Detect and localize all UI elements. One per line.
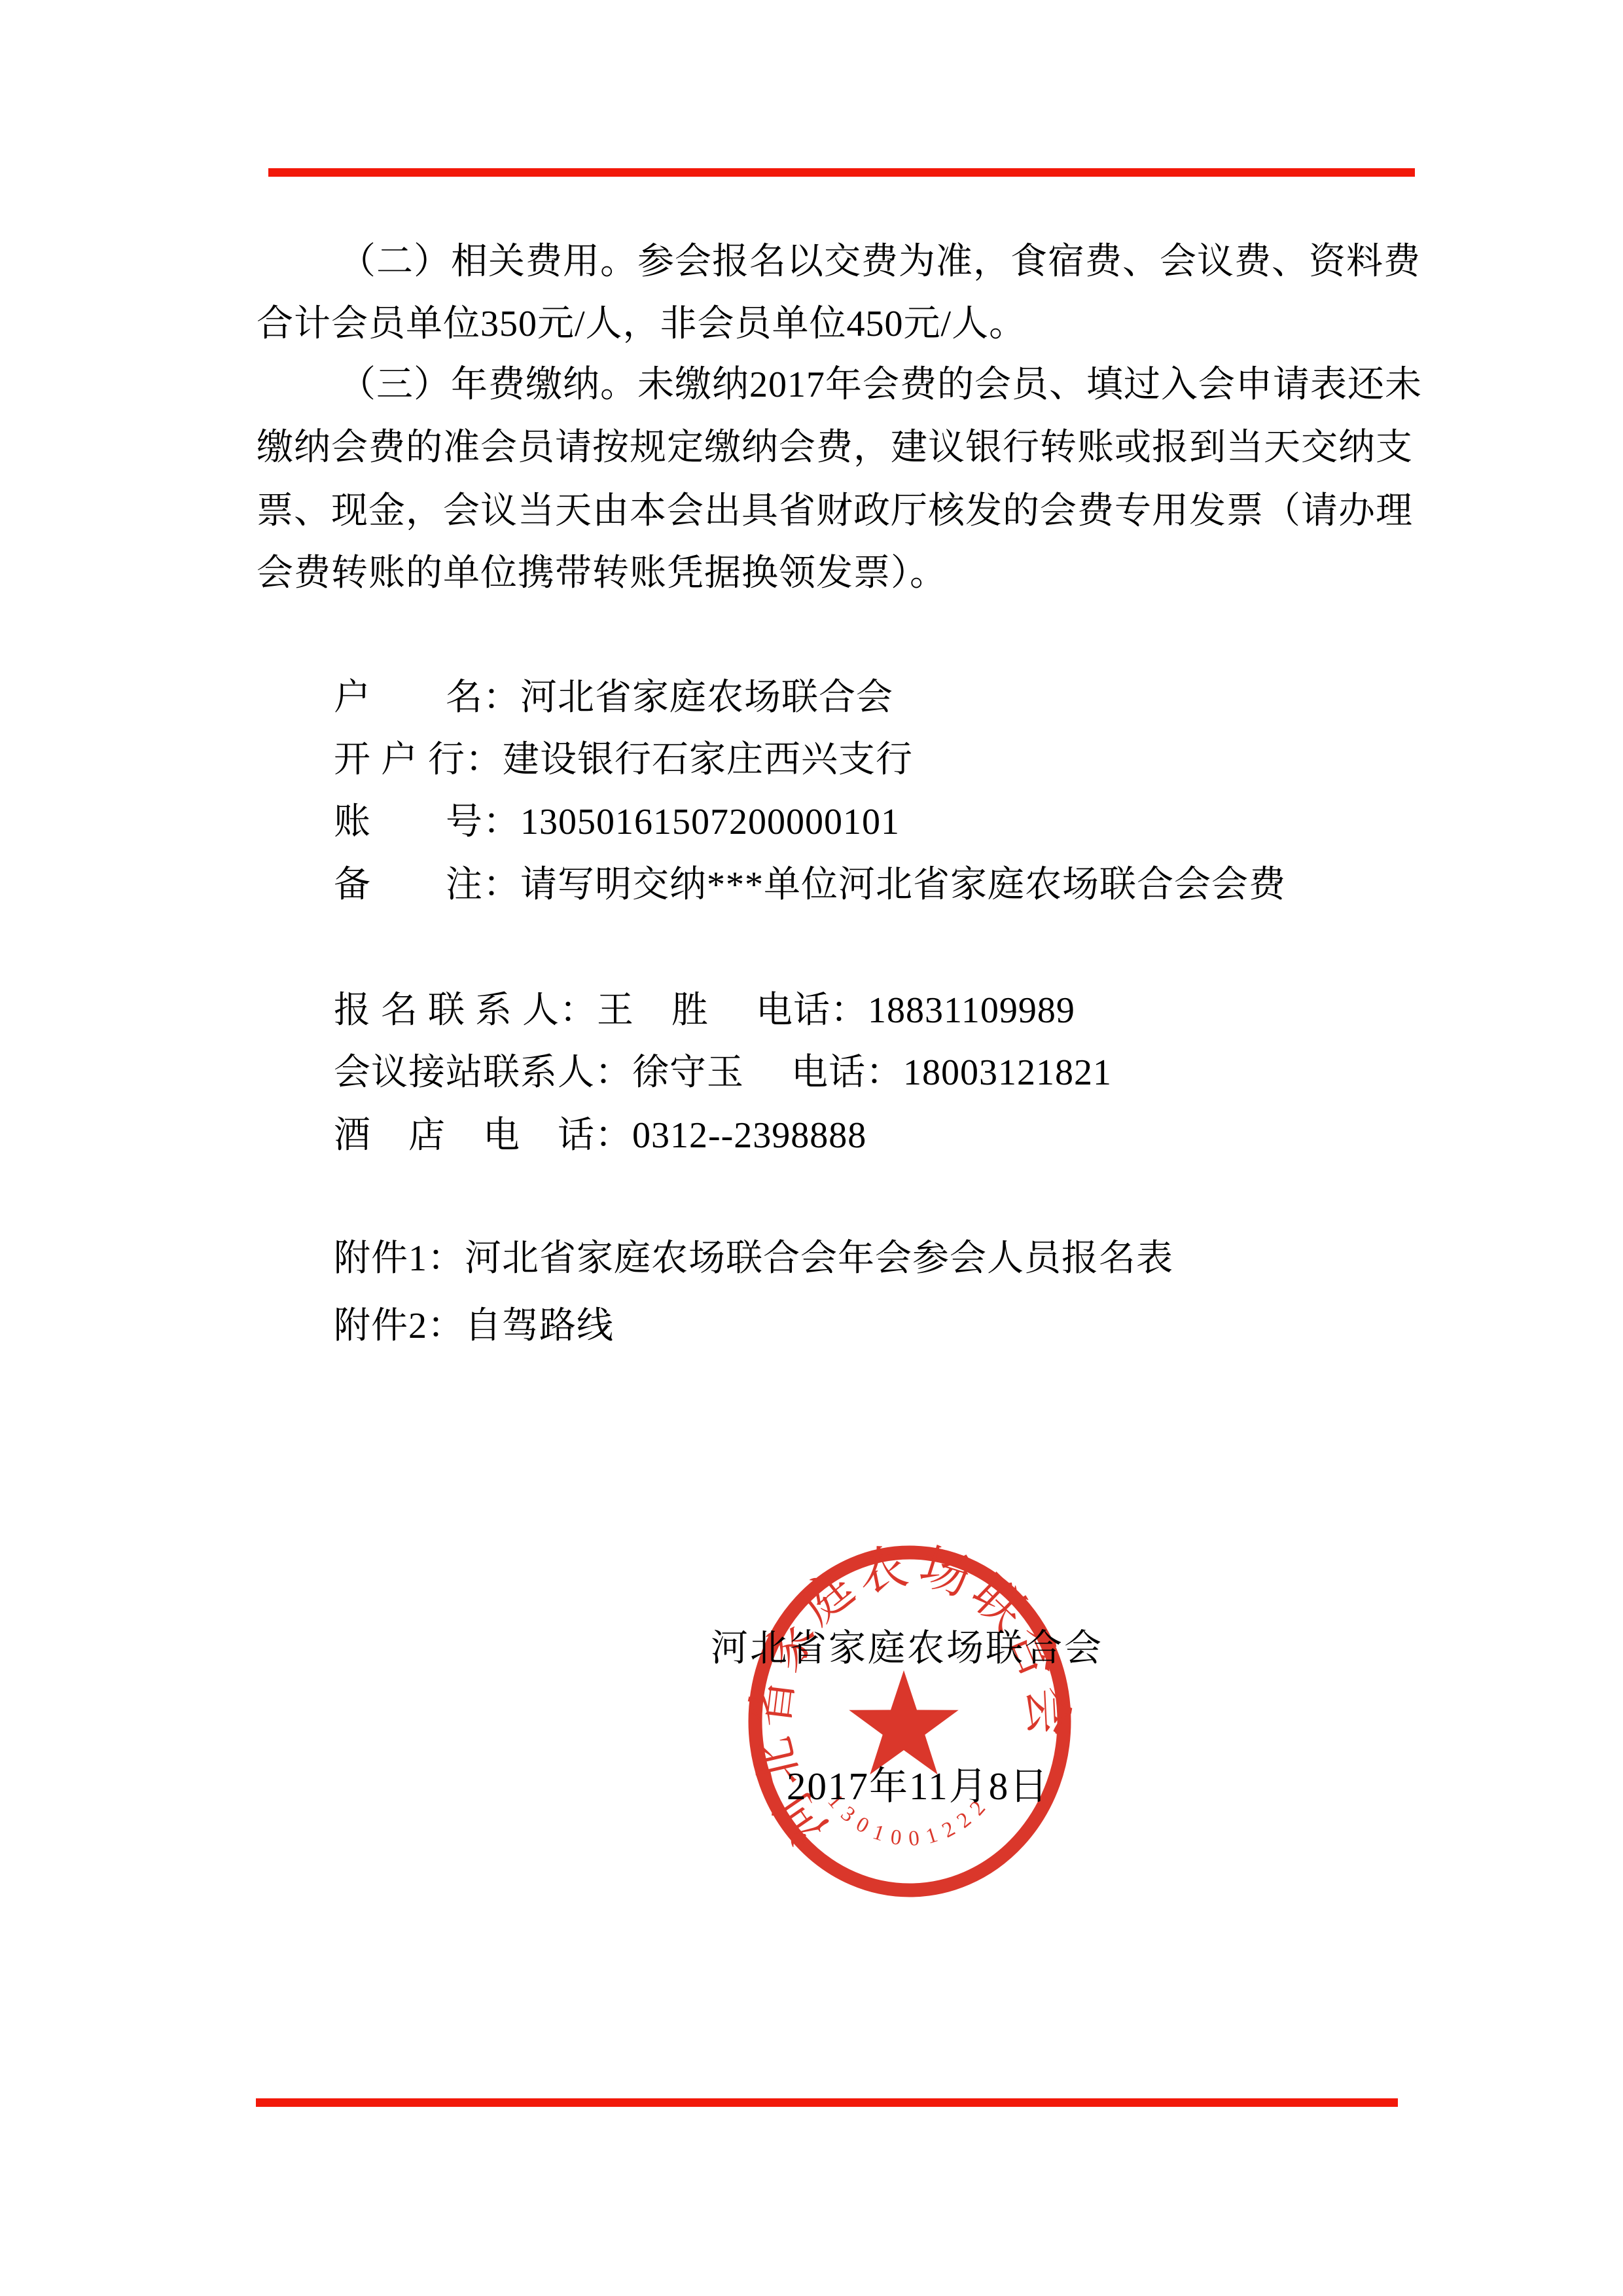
official-seal: 河北省家庭农场联合会 130100122285 xyxy=(713,1512,1119,1944)
attachment-item1: 附件1：河北省家庭农场联合会年会参会人员报名表 xyxy=(334,1240,1173,1277)
para-dues-line2: 缴纳会费的准会员请按规定缴纳会费，建议银行转账或报到当天交纳支 xyxy=(257,429,1413,466)
bank-branch-line: 开 户 行：建设银行石家庄西兴支行 xyxy=(334,742,913,778)
para-fee-line2: 合计会员单位350元/人，非会员单位450元/人。 xyxy=(257,306,1026,342)
para-dues-line3: 票、现金，会议当天由本会出具省财政厅核发的会费专用发票（请办理 xyxy=(257,493,1413,529)
attachment-item2: 附件2：自驾路线 xyxy=(334,1308,614,1344)
signature-date: 2017年11月8日 xyxy=(787,1767,1049,1806)
seal-star-icon xyxy=(849,1670,958,1774)
signature-org-name: 河北省家庭农场联合会 xyxy=(711,1630,1103,1667)
para-fee-line1: （二）相关费用。参会报名以交费为准，食宿费、会议费、资料费 xyxy=(339,243,1421,280)
bottom-red-rule xyxy=(256,2098,1398,2107)
para-dues-line4: 会费转账的单位携带转账凭据换领发票）。 xyxy=(257,555,947,592)
contact-pickup-line: 会议接站联系人：徐守玉 电话：18003121821 xyxy=(334,1054,1112,1091)
top-red-rule xyxy=(268,168,1415,177)
bank-account-number-line: 账 号：13050161507200000101 xyxy=(334,804,900,840)
contact-registration-line: 报 名 联 系 人：王 胜 电话：18831109989 xyxy=(334,992,1075,1029)
para-dues-line1: （三）年费缴纳。未缴纳2017年会费的会员、填过入会申请表还未 xyxy=(339,367,1422,403)
bank-note-line: 备 注：请写明交纳***单位河北省家庭农场联合会会费 xyxy=(334,867,1286,903)
document-page: （二）相关费用。参会报名以交费为准，食宿费、会议费、资料费 合计会员单位350元… xyxy=(0,0,1623,2296)
bank-account-name-line: 户 名：河北省家庭农场联合会 xyxy=(334,679,893,716)
contact-hotel-line: 酒 店 电 话：0312--2398888 xyxy=(334,1117,866,1154)
